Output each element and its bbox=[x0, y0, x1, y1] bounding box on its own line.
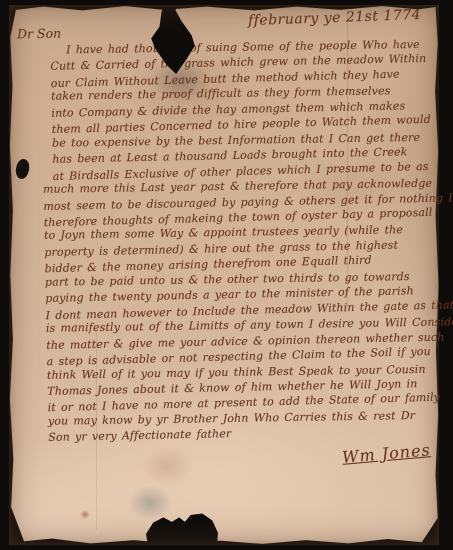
letter-body: I have had thoughts of suing Some of the… bbox=[40, 35, 453, 446]
letter-salutation: Dr Son bbox=[17, 26, 61, 42]
photo-background: ffebruary ye 21st 1774 Dr Son I have had… bbox=[0, 0, 453, 550]
